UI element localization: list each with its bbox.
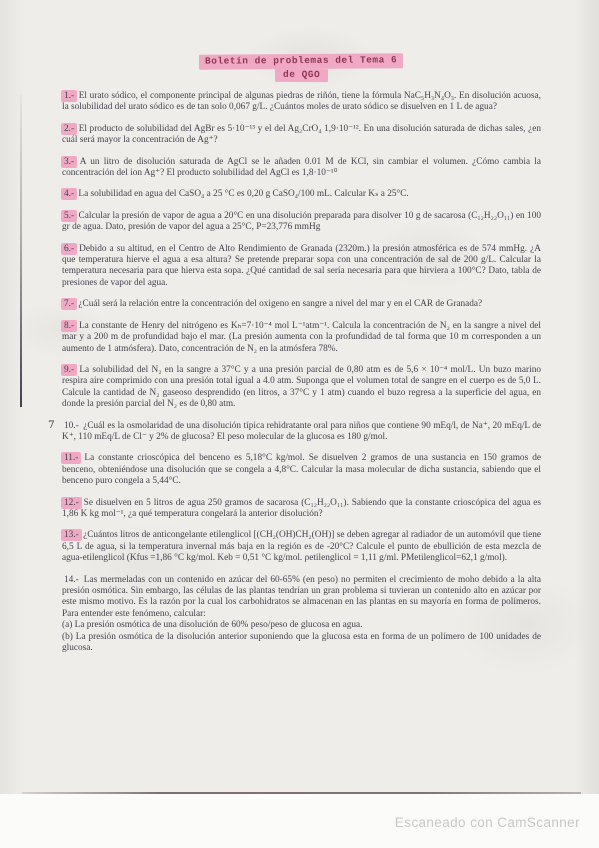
problem-number: 6.- xyxy=(62,244,76,254)
problem-text: Se disuelven en 5 litros de agua 250 gra… xyxy=(62,498,541,519)
document-content: Boletín de problemas del Tema 6 de QGO 1… xyxy=(0,0,599,654)
problem-number: 9.- xyxy=(62,365,76,375)
problem-text: El urato sódico, el componente principal… xyxy=(62,91,541,112)
problem-9: 9.- La solubilidad del N₂ en la sangre a… xyxy=(62,365,541,411)
camscanner-watermark: Escaneado con CamScanner xyxy=(395,815,580,830)
problem-1: 1.- El urato sódico, el componente princ… xyxy=(62,91,541,114)
problem-number: 14.- xyxy=(62,575,81,585)
problem-4: 4.- La solubilidad en agua del CaSO₄ a 2… xyxy=(62,189,541,200)
problem-10: 710.- ¿Cuál es la osmolaridad de una dis… xyxy=(62,421,541,444)
problem-11: 11.- La constante crioscópica del bencen… xyxy=(62,453,541,487)
problem-number: 8.- xyxy=(62,321,76,331)
scanned-document-page: Boletín de problemas del Tema 6 de QGO 1… xyxy=(0,0,599,848)
scanner-footer-strip: Escaneado con CamScanner xyxy=(0,794,599,848)
problem-text: Las mermeladas con un contenido en azúca… xyxy=(62,575,541,653)
problem-5: 5.- Calcular la presión de vapor de agua… xyxy=(62,211,541,234)
problem-13: 13.- ¿Cuántos litros de anticongelante e… xyxy=(62,530,541,564)
problem-text: ¿Cuál será la relación entre la concentr… xyxy=(78,299,482,309)
problem-number: 5.- xyxy=(62,211,76,221)
problem-text: Debido a su altitud, en el Centro de Alt… xyxy=(62,244,541,288)
problem-text: Calcular la presión de vapor de agua a 2… xyxy=(62,211,541,232)
document-title: Boletín de problemas del Tema 6 de QGO xyxy=(62,54,541,82)
problem-14: 14.- Las mermeladas con un contenido en … xyxy=(62,575,541,655)
problem-number: 7.- xyxy=(62,299,76,309)
problem-text: La solubilidad del N₂ en la sangre a 37°… xyxy=(62,365,541,409)
problem-text: La constante crioscópica del benceno es … xyxy=(62,453,541,486)
problem-12: 12.- Se disuelven en 5 litros de agua 25… xyxy=(62,498,541,521)
problem-number: 10.- xyxy=(62,421,81,431)
problem-text: La solubilidad en agua del CaSO₄ a 25 °C… xyxy=(78,189,408,199)
problem-number: 12.- xyxy=(62,498,81,508)
problem-8: 8.- La constante de Henry del nitrógeno … xyxy=(62,321,541,355)
handwritten-margin-mark: 7 xyxy=(48,420,55,431)
problem-6: 6.- Debido a su altitud, en el Centro de… xyxy=(62,244,541,290)
problem-2: 2.- El producto de solubilidad del AgBr … xyxy=(62,124,541,147)
problem-number: 2.- xyxy=(62,124,76,134)
problem-number: 4.- xyxy=(62,189,76,199)
problem-number: 13.- xyxy=(62,530,81,540)
problem-text: ¿Cuántos litros de anticongelante etilen… xyxy=(62,530,541,563)
problem-text: El producto de solubilidad del AgBr es 5… xyxy=(62,124,541,145)
problem-number: 11.- xyxy=(62,453,80,463)
problem-3: 3.- A un litro de disolución saturada de… xyxy=(62,157,541,180)
problem-text: A un litro de disolución saturada de AgC… xyxy=(62,157,541,178)
problem-text: ¿Cuál es la osmolaridad de una disolució… xyxy=(62,421,541,442)
title-line-1: Boletín de problemas del Tema 6 xyxy=(199,53,403,69)
problem-number: 3.- xyxy=(62,157,76,167)
problem-7: 7.- ¿Cuál será la relación entre la conc… xyxy=(62,299,541,310)
problem-number: 1.- xyxy=(62,91,76,101)
title-line-2: de QGO xyxy=(275,69,328,82)
problem-text: La constante de Henry del nitrógeno es K… xyxy=(62,321,541,354)
